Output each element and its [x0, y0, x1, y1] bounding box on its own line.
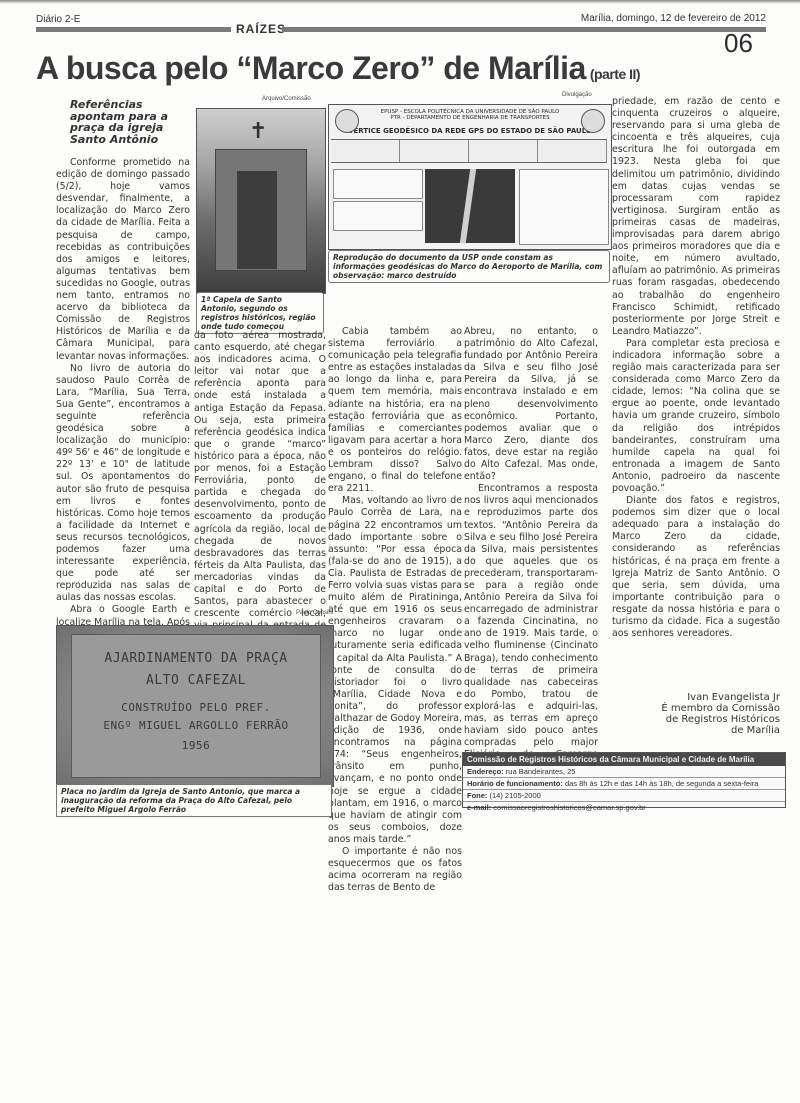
plaque-line: 1956: [72, 739, 320, 752]
article-column-5: priedade, em razão de cento e cinquenta …: [612, 96, 780, 640]
email-link[interactable]: comissaoregistroshistoricos@camar.sp.gov…: [493, 803, 646, 812]
cross-icon: ✝: [249, 119, 267, 144]
paragraph: priedade, em razão de cento e cinquenta …: [612, 96, 780, 338]
author-bio: de Registros Históricos: [612, 714, 780, 725]
infobox-address: Endereço: rua Bandeirantes, 25: [463, 766, 785, 778]
value: (14) 2105-2000: [490, 791, 541, 800]
doc-textbox: [333, 201, 423, 231]
paragraph: O importante é não nos esquecermos que o…: [328, 846, 462, 894]
usp-seal-icon: [335, 109, 359, 133]
author-name: Ivan Evangelista Jr: [612, 692, 780, 703]
commission-infobox: Comissão de Registros Históricos da Câma…: [462, 752, 786, 808]
article-column-3: Cabia também ao sistema ferroviário a co…: [328, 326, 462, 894]
plaque-photo: AJARDINAMENTO DA PRAÇA ALTO CAFEZAL CONS…: [56, 625, 334, 787]
aerial-photo: [425, 169, 515, 243]
header-rule-right: [282, 27, 766, 32]
author-bio: É membro da Comissão: [612, 703, 780, 714]
author-signature: Ivan Evangelista Jr É membro da Comissão…: [612, 692, 780, 736]
author-bio: de Marília: [612, 725, 780, 736]
infobox-hours: Horário de funcionamento: das 8h às 12h …: [463, 778, 785, 790]
church-caption: 1ª Capela de Santo Antonio, segundo os r…: [196, 292, 324, 334]
page-number: 06: [724, 28, 753, 59]
infobox-email: e-mail: comissaoregistroshistoricos@cama…: [463, 802, 785, 813]
paragraph: Diante dos fatos e registros, podemos si…: [612, 495, 780, 640]
plaque-line: CONSTRUÍDO PELO PREF.: [72, 701, 320, 714]
headline-text: A busca pelo “Marco Zero” de Marília: [36, 50, 586, 86]
label: Endereço:: [467, 767, 504, 776]
doc-table: [331, 139, 607, 163]
doc-subtitle: PTR - DEPARTAMENTO DE ENGENHARIA DE TRAN…: [329, 115, 611, 121]
dateline: Marília, domingo, 12 de fevereiro de 201…: [581, 13, 766, 24]
doc-heading: VÉRTICE GEODÉSICO DA REDE GPS DO ESTADO …: [329, 127, 611, 135]
plaque-line: ALTO CAFEZAL: [72, 673, 320, 688]
paragraph: No livro de autoria do saudoso Paulo Cor…: [56, 363, 190, 605]
usp-document-caption: Reprodução do documento da USP onde cons…: [328, 250, 610, 283]
paragraph: Conforme prometido na edição de domingo …: [56, 157, 190, 363]
paragraph: Mas, voltando ao livro de Paulo Corrêa d…: [328, 495, 462, 846]
value: rua Bandeirantes, 25: [506, 767, 576, 776]
runway: [460, 169, 476, 243]
headline-part: (parte II): [590, 66, 640, 82]
paragraph: Abreu, no entanto, o patrimônio do Alto …: [464, 326, 598, 483]
plaque-line: AJARDINAMENTO DA PRAÇA: [72, 651, 320, 666]
infobox-phone: Fone: (14) 2105-2000: [463, 790, 785, 802]
usp-document-image: EPUSP - ESCOLA POLITÉCNICA DA UNIVERSIDA…: [328, 104, 612, 250]
article-column-1: Conforme prometido na edição de domingo …: [56, 157, 190, 677]
article-column-2: da foto aérea mostrada, canto esquerdo, …: [194, 330, 326, 669]
photo-credit: Divulgação: [562, 92, 592, 98]
section-title: RAÍZES: [236, 22, 286, 36]
header-rule-left: [36, 27, 231, 32]
church-door: [237, 171, 277, 269]
scan-edge: [0, 0, 800, 4]
doc-textbox: [333, 169, 423, 199]
plaque-caption: Placa no jardim da Igreja de Santo Anton…: [56, 784, 332, 817]
label: e-mail:: [467, 803, 491, 812]
label: Horário de funcionamento:: [467, 779, 563, 788]
infobox-title: Comissão de Registros Históricos da Câma…: [463, 753, 785, 766]
paragraph: Para completar esta preciosa e indicador…: [612, 338, 780, 495]
paragraph: da foto aérea mostrada, canto esquerdo, …: [194, 330, 326, 669]
location-sketch: [519, 169, 609, 245]
headline: A busca pelo “Marco Zero” de Marília(par…: [36, 50, 640, 87]
paragraph: Cabia também ao sistema ferroviário a co…: [328, 326, 462, 495]
value: das 8h às 12h e das 14h às 18h, de segun…: [565, 779, 758, 788]
plaque-line: ENGº MIGUEL ARGOLLO FERRÃO: [72, 719, 320, 732]
plaque-stone: AJARDINAMENTO DA PRAÇA ALTO CAFEZAL CONS…: [71, 634, 321, 778]
seal-icon: [581, 109, 605, 133]
church-photo: ✝: [196, 108, 326, 294]
edition-label: Diário 2-E: [36, 14, 80, 25]
label: Fone:: [467, 791, 487, 800]
kicker: Referências apontam para a praça da igre…: [70, 99, 190, 145]
photo-credit: Arquivo/Comissão: [262, 96, 311, 102]
article-column-4: Abreu, no entanto, o patrimônio do Alto …: [464, 326, 598, 810]
